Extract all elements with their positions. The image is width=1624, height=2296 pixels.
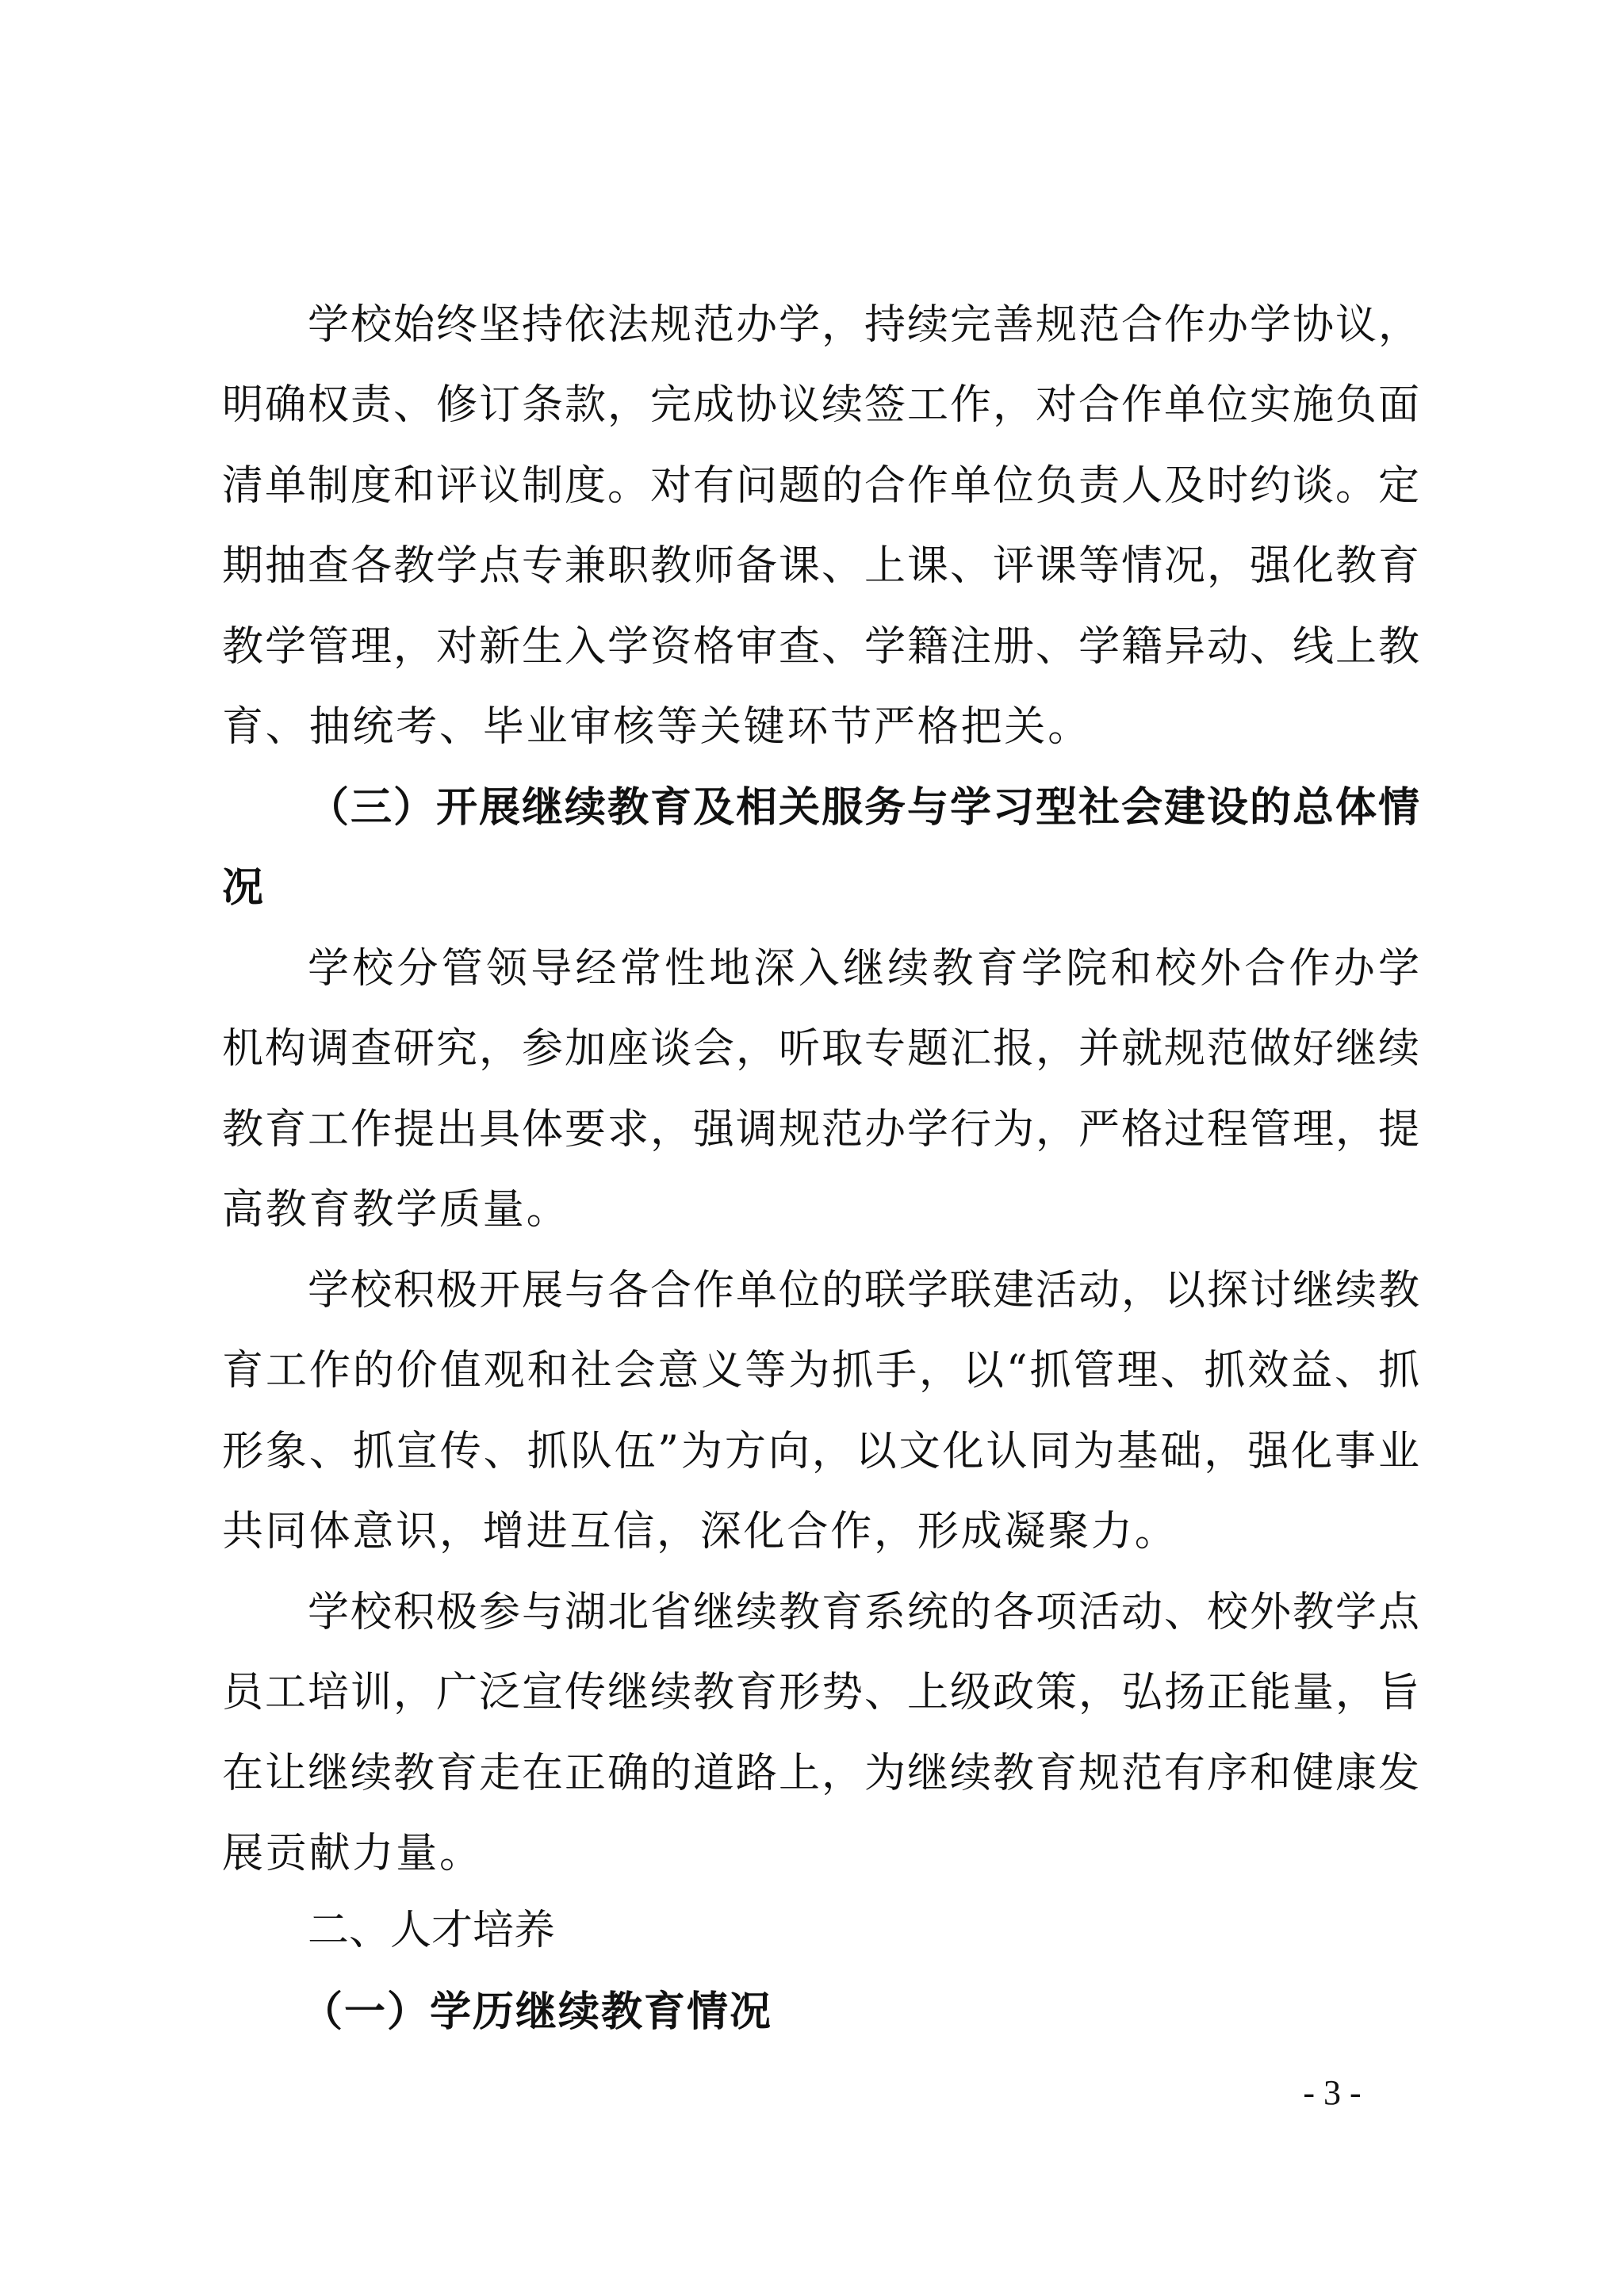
paragraph-line: 期抽查各教学点专兼职教师备课、上课、评课等情况，强化教育	[222, 542, 1421, 590]
paragraph-line: 形象、抓宣传、抓队伍”为方向，以文化认同为基础，强化事业	[222, 1428, 1421, 1475]
paragraph-line: 机构调查研究，参加座谈会，听取专题汇报，并就规范做好继续	[222, 1025, 1421, 1073]
paragraph-line: 学校积极参与湖北省继续教育系统的各项活动、校外教学点	[308, 1589, 1421, 1636]
paragraph-line: 在让继续教育走在正确的道路上，为继续教育规范有序和健康发	[222, 1750, 1421, 1797]
page-number: - 3 -	[1277, 2071, 1388, 2115]
paragraph-line: 清单制度和评议制度。对有问题的合作单位负责人及时约谈。定	[222, 462, 1421, 510]
section-heading-3: （三）开展继续教育及相关服务与学习型社会建设的总体情	[308, 784, 1421, 832]
section-heading-2: （一）学历继续教育情况	[301, 1988, 1415, 2036]
paragraph-line: 明确权责、修订条款，完成协议续签工作，对合作单位实施负面	[222, 381, 1421, 429]
section-heading-3-cont: 况	[222, 864, 1421, 912]
paragraph-line: 教育工作提出具体要求，强调规范办学行为，严格过程管理，提	[222, 1106, 1421, 1154]
paragraph-line: 学校分管领导经常性地深入继续教育学院和校外合作办学	[308, 945, 1421, 993]
document-page: 学校始终坚持依法规范办学，持续完善规范合作办学协议， 明确权责、修订条款，完成协…	[0, 0, 1624, 2296]
paragraph-line: 高教育教学质量。	[222, 1186, 1421, 1234]
paragraph-line: 展贡献力量。	[222, 1830, 1421, 1877]
paragraph-line: 育、抽统考、毕业审核等关键环节严格把关。	[222, 703, 1421, 751]
paragraph-line: 育工作的价值观和社会意义等为抓手，以“抓管理、抓效益、抓	[222, 1347, 1421, 1395]
paragraph-line: 员工培训，广泛宣传继续教育形势、上级政策，弘扬正能量，旨	[222, 1669, 1421, 1716]
section-heading-1: 二、人才培养	[308, 1907, 1421, 1954]
paragraph-line: 学校始终坚持依法规范办学，持续完善规范合作办学协议，	[308, 301, 1421, 349]
paragraph-line: 学校积极开展与各合作单位的联学联建活动，以探讨继续教	[308, 1267, 1421, 1314]
paragraph-line: 共同体意识，增进互信，深化合作，形成凝聚力。	[222, 1508, 1421, 1556]
paragraph-line: 教学管理，对新生入学资格审查、学籍注册、学籍异动、线上教	[222, 623, 1421, 671]
